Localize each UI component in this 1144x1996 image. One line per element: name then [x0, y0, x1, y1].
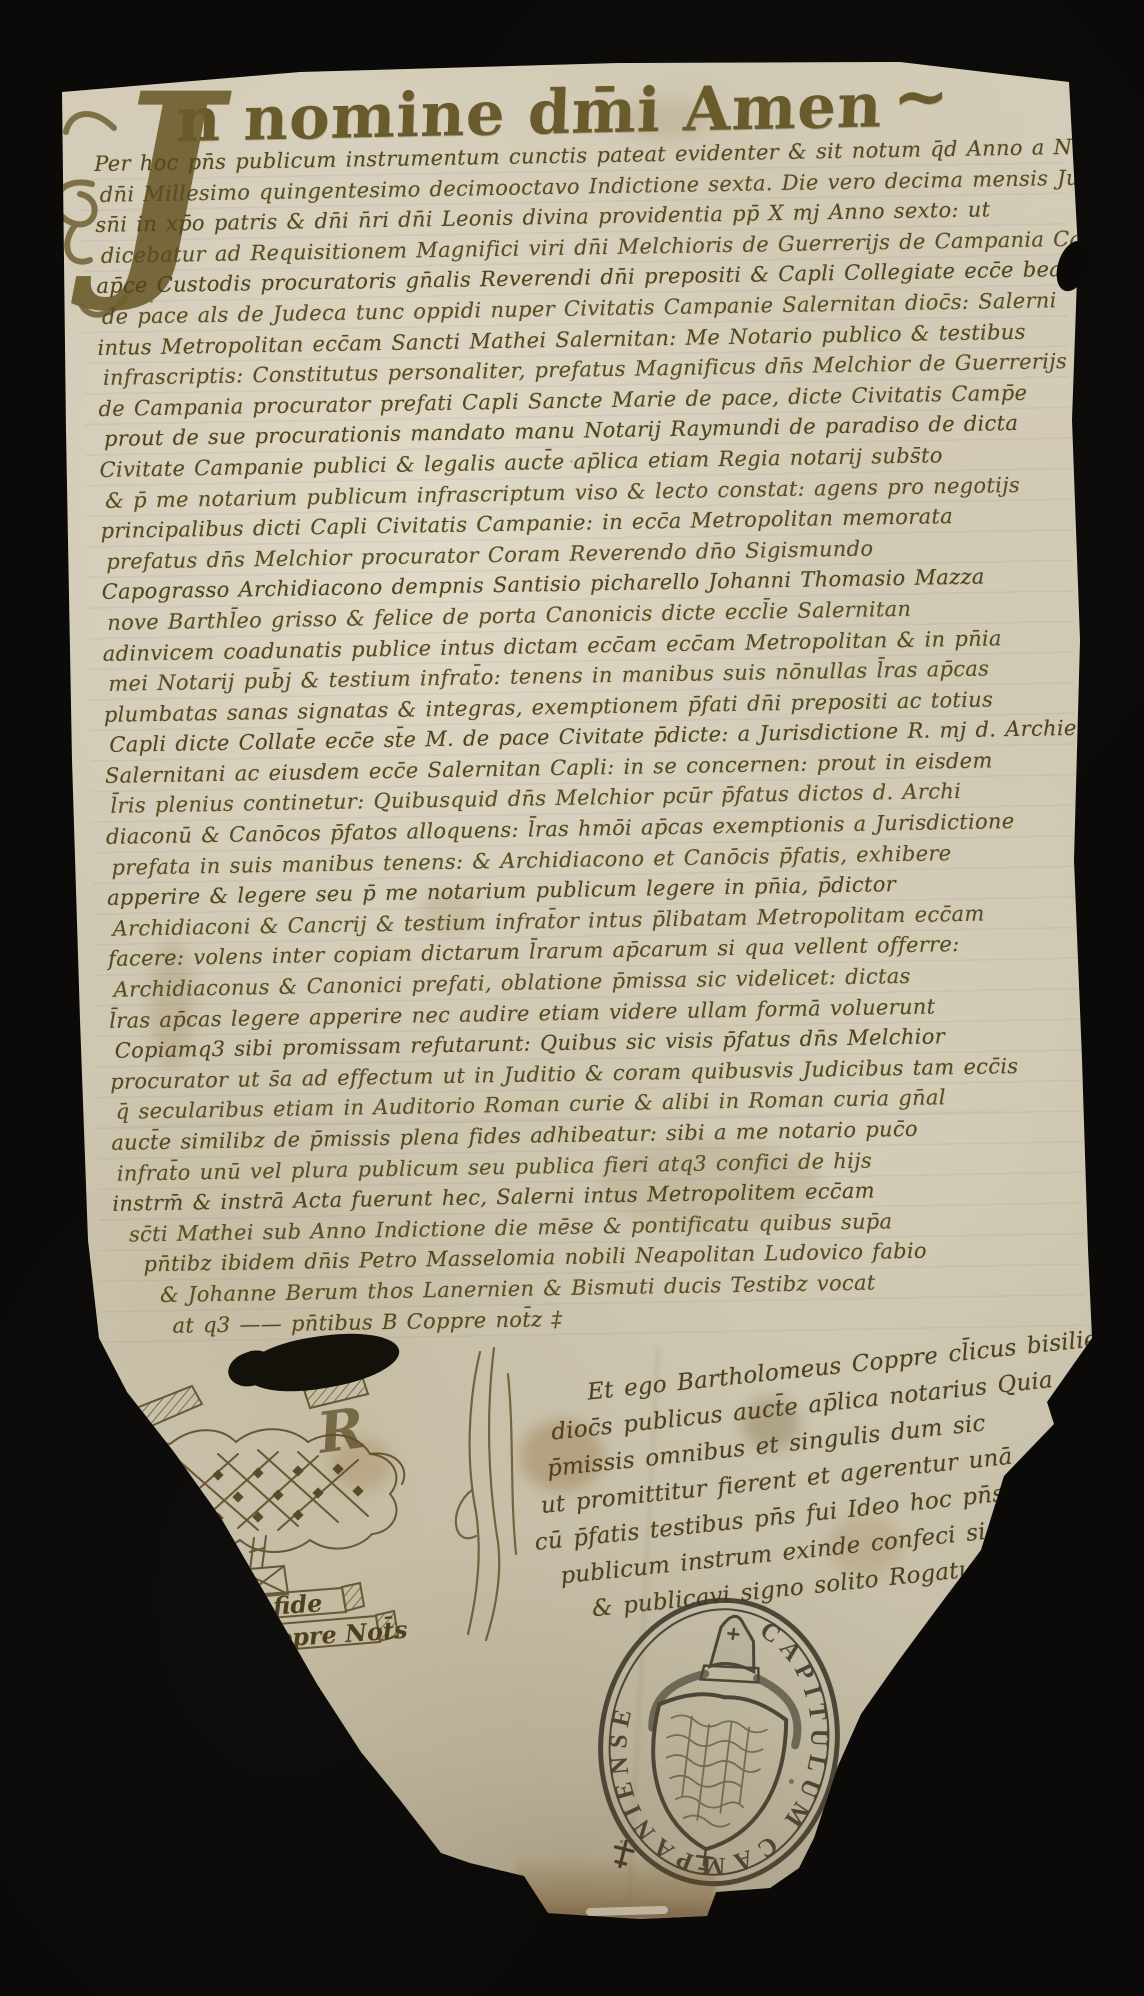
paraph-letter: R	[314, 1395, 369, 1467]
stain	[86, 1556, 224, 1692]
lappet-left	[652, 1668, 706, 1733]
paraph-letter: R	[78, 1406, 128, 1468]
notarial-sign-drawing: Bona fide B. Coppre Not̄s	[104, 1370, 434, 1670]
heading-flourish: ~	[891, 56, 950, 137]
photo-background: J n nomine dm̄i Amen~ Per hoc pn̄s publi…	[0, 0, 1144, 1996]
notary-subscription: Et ego Bartholomeus Coppre cl̄icus bisil…	[498, 1323, 1101, 1634]
hatched-flag-left	[116, 1386, 202, 1436]
motto-text-1: Bona fide	[193, 1588, 323, 1626]
charter-body-text: Per hoc pn̄s publicum instrumentum cunct…	[94, 132, 1073, 1342]
motto-text-2: B. Coppre Not̄s	[201, 1614, 409, 1658]
mitre-icon	[710, 1614, 760, 1672]
parchment-document: J n nomine dm̄i Amen~ Per hoc pn̄s publi…	[0, 0, 1144, 1996]
sign-stem	[250, 1536, 266, 1570]
